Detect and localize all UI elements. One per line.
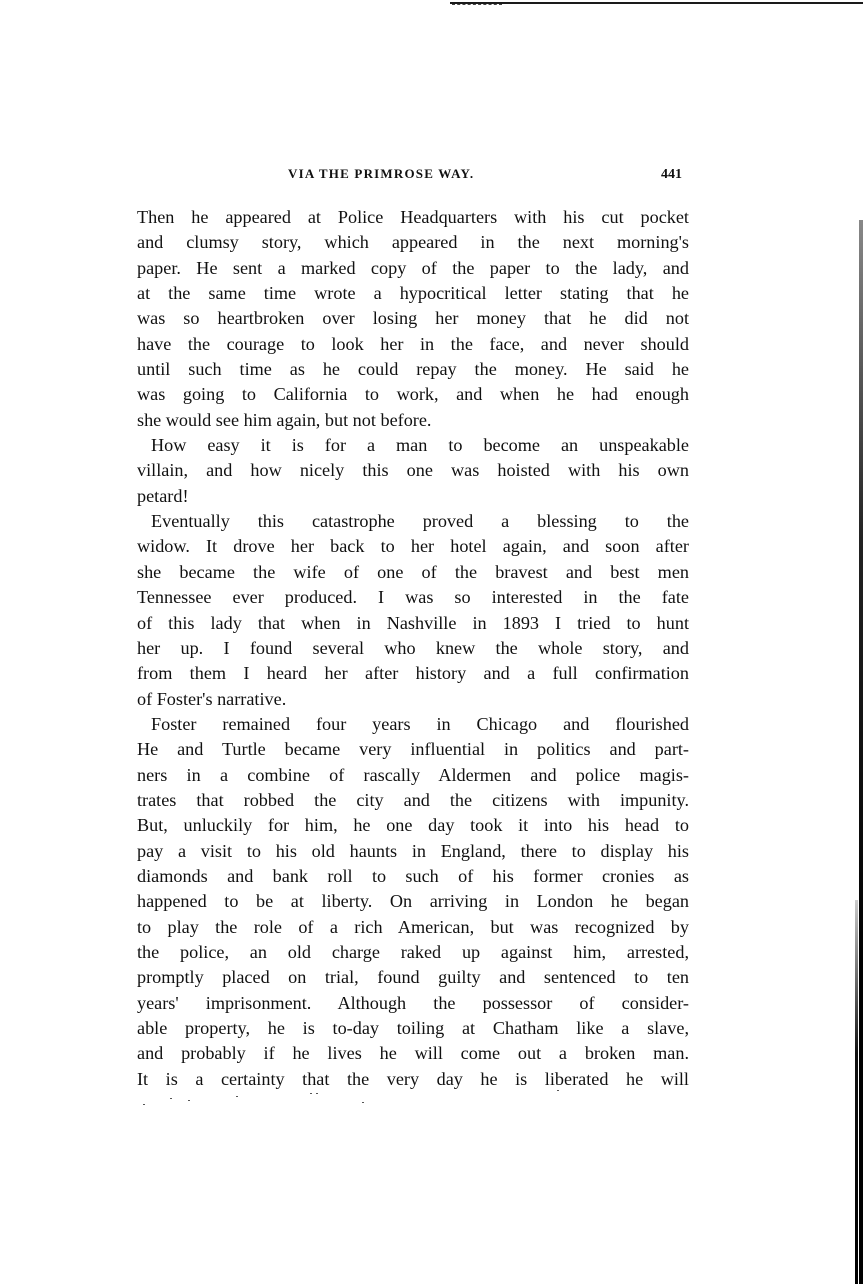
page-number: 441: [661, 167, 682, 183]
speck: [170, 1098, 172, 1099]
text-line: from them I heard her after history and …: [137, 661, 689, 686]
scan-specks: [140, 1090, 680, 1110]
speck: [316, 1093, 318, 1094]
text-line: the police, an old charge raked up again…: [137, 940, 689, 965]
text-line: Foster remained four years in Chicago an…: [137, 712, 689, 737]
speck: [188, 1100, 190, 1101]
text-line: How easy it is for a man to become an un…: [137, 433, 689, 458]
text-line: paper. He sent a marked copy of the pape…: [137, 256, 689, 281]
text-line: Tennessee ever produced. I was so intere…: [137, 585, 689, 610]
text-line: to play the role of a rich American, but…: [137, 915, 689, 940]
text-line: until such time as he could repay the mo…: [137, 357, 689, 382]
text-line: diamonds and bank roll to such of his fo…: [137, 864, 689, 889]
running-head-title: VIA THE PRIMROSE WAY.: [288, 166, 474, 182]
text-line: she would see him again, but not before.: [137, 408, 689, 433]
text-line: But, unluckily for him, he one day took …: [137, 813, 689, 838]
running-head: VIA THE PRIMROSE WAY. 441: [288, 166, 688, 188]
text-line: of this lady that when in Nashville in 1…: [137, 611, 689, 636]
text-line: It is a certainty that the very day he i…: [137, 1067, 689, 1092]
speck: [236, 1096, 238, 1097]
text-line: she became the wife of one of the braves…: [137, 560, 689, 585]
text-line: villain, and how nicely this one was hoi…: [137, 458, 689, 483]
scan-top-rule: [450, 2, 863, 4]
text-line: He and Turtle became very influential in…: [137, 737, 689, 762]
text-line: and probably if he lives he will come ou…: [137, 1041, 689, 1066]
text-line: and clumsy story, which appeared in the …: [137, 230, 689, 255]
speck: [362, 1102, 364, 1103]
text-line: years' imprisonment. Although the posses…: [137, 991, 689, 1016]
text-line: at the same time wrote a hypocritical le…: [137, 281, 689, 306]
text-line: of Foster's narrative.: [137, 687, 689, 712]
text-line: trates that robbed the city and the citi…: [137, 788, 689, 813]
text-line: promptly placed on trial, found guilty a…: [137, 965, 689, 990]
body-text: Then he appeared at Police Headquarters …: [137, 205, 689, 1092]
text-line: petard!: [137, 484, 689, 509]
text-line: was so heartbroken over losing her money…: [137, 306, 689, 331]
speck: [557, 1090, 559, 1091]
text-line: was going to California to work, and whe…: [137, 382, 689, 407]
text-line: widow. It drove her back to her hotel ag…: [137, 534, 689, 559]
scan-top-rule-dash: [452, 4, 502, 6]
speck: [143, 1104, 145, 1105]
text-line: pay a visit to his old haunts in England…: [137, 839, 689, 864]
text-line: Then he appeared at Police Headquarters …: [137, 205, 689, 230]
text-line: ners in a combine of rascally Aldermen a…: [137, 763, 689, 788]
text-line: her up. I found several who knew the who…: [137, 636, 689, 661]
text-line: happened to be at liberty. On arriving i…: [137, 889, 689, 914]
text-line: Eventually this catastrophe proved a ble…: [137, 509, 689, 534]
text-line: have the courage to look her in the face…: [137, 332, 689, 357]
text-line: able property, he is to-day toiling at C…: [137, 1016, 689, 1041]
speck: [310, 1093, 312, 1094]
scan-binding-edge-inner: [855, 900, 858, 1284]
scan-binding-edge: [859, 220, 863, 1284]
